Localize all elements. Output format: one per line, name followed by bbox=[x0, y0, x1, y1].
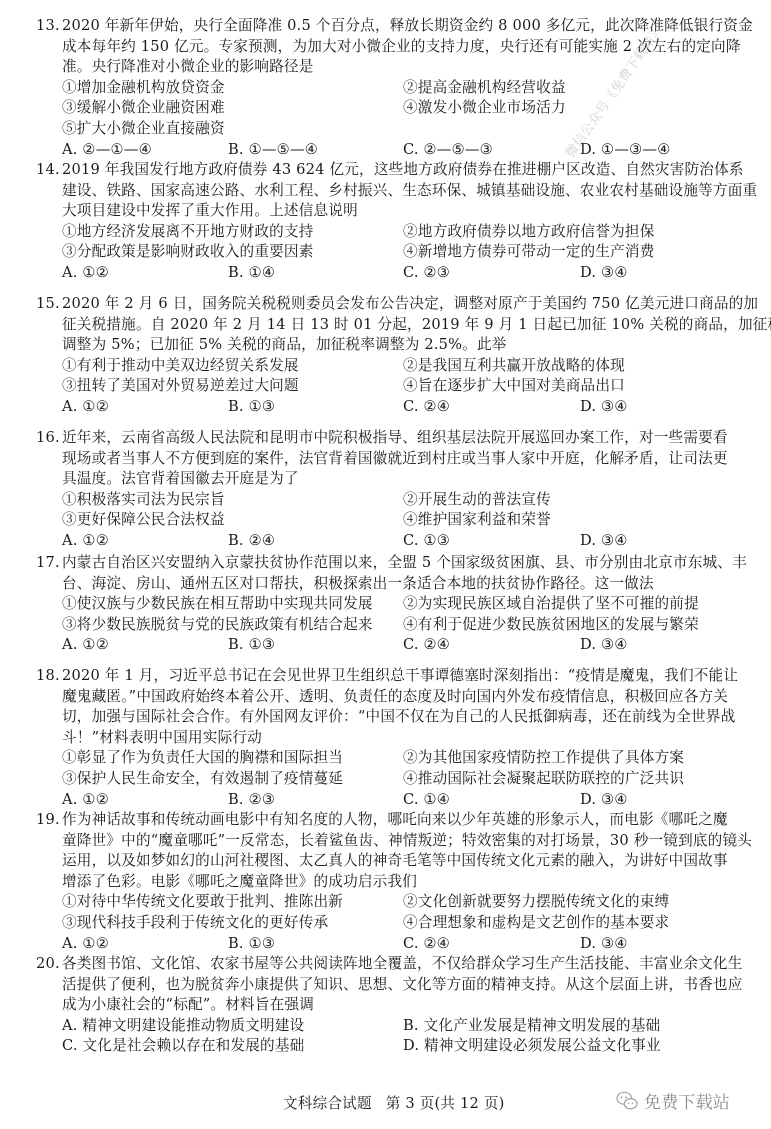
question-stem-line: 征关税措施。自 2020 年 2 月 14 日 13 时 01 分起，2019 … bbox=[36, 315, 756, 336]
question-stem-line: 台、海淀、房山、通州五区对口帮扶，积极探索出一条适合本地的扶贫协作路径。这一做法 bbox=[36, 574, 756, 595]
question-19: 19.作为神话故事和传统动画电影中有知名度的人物，哪吒向来以少年英雄的形象示人，… bbox=[36, 810, 756, 954]
choice-c[interactable]: C. ②③ bbox=[403, 263, 450, 284]
choice-c[interactable]: C. ①③ bbox=[403, 531, 450, 552]
choice-a[interactable]: A. 精神文明建设能推动物质文明建设 bbox=[62, 1016, 304, 1037]
question-stem-line: 运用，以及如梦如幻的山河社稷图、太乙真人的神奇毛笔等中国传统文化元素的融入，为讲… bbox=[36, 851, 756, 872]
question-stem-line: 准。央行降准对小微企业的影响路径是 bbox=[36, 57, 756, 78]
statement-1: ①积极落实司法为民宗旨 bbox=[62, 490, 225, 511]
choice-b[interactable]: B. ①③ bbox=[228, 397, 275, 418]
choice-d[interactable]: D. ③④ bbox=[580, 790, 628, 811]
statement-2: ②开展生动的普法宣传 bbox=[403, 490, 551, 511]
statement-1: ①彰显了作为负责任大国的胸襟和国际担当 bbox=[62, 748, 343, 769]
choice-b[interactable]: B. ①③ bbox=[228, 934, 275, 955]
statement-4: ④合理想象和虚构是文艺创作的基本要求 bbox=[403, 913, 669, 934]
statement-1: ①增加金融机构放贷资金 bbox=[62, 78, 225, 99]
question-stem-line: 内蒙古自治区兴安盟纳入京蒙扶贫协作范围以来，全盟 5 个国家级贫困旗、县、市分别… bbox=[36, 554, 747, 571]
choice-b[interactable]: B. ①③ bbox=[228, 635, 275, 656]
question-stem-line: 建设、铁路、国家高速公路、水利工程、乡村振兴、生态环保、城镇基础设施、农业农村基… bbox=[36, 181, 756, 202]
statement-1: ①地方经济发展离不开地方财政的支持 bbox=[62, 222, 314, 243]
statement-2: ②文化创新就要努力摆脱传统文化的束缚 bbox=[403, 892, 669, 913]
choice-a[interactable]: A. ①② bbox=[62, 531, 109, 552]
question-stem-line: 成为小康社会的“标配”。材料旨在强调 bbox=[36, 995, 756, 1016]
question-14: 14.2019 年我国发行地方政府债券 43 624 亿元，这些地方政府债券在推… bbox=[36, 160, 756, 284]
statement-3: ③扭转了美国对外贸易逆差过大问题 bbox=[62, 376, 299, 397]
statement-3: ③更好保障公民合法权益 bbox=[62, 510, 225, 531]
question-13: 13.2020 年新年伊始，央行全面降准 0.5 个百分点，释放长期资金约 8 … bbox=[36, 16, 756, 160]
question-stem-line: 现场或者当事人不方便到庭的案件，法官背着国徽就近到村庄或当事人家中开庭，化解矛盾… bbox=[36, 449, 756, 470]
choice-d[interactable]: D. ③④ bbox=[580, 531, 628, 552]
statement-2: ②地方政府债券以地方政府信誉为担保 bbox=[403, 222, 655, 243]
question-number: 15. bbox=[36, 294, 60, 315]
statement-4: ④激发小微企业市场活力 bbox=[403, 98, 566, 119]
question-stem-line: 2019 年我国发行地方政府债券 43 624 亿元，这些地方政府债券在推进棚户… bbox=[36, 161, 744, 178]
question-stem-line: 斗！”材料表明中国用实际行动 bbox=[36, 728, 756, 749]
question-number: 20. bbox=[36, 954, 60, 975]
choice-b[interactable]: B. 文化产业发展是精神文明发展的基础 bbox=[403, 1016, 660, 1037]
question-16: 16.近年来，云南省高级人民法院和昆明市中院积极指导、组织基层法院开展巡回办案工… bbox=[36, 428, 756, 552]
question-stem-line: 活提供了便利，也为脱贫奔小康提供了知识、思想、文化等方面的精神支持。从这个层面上… bbox=[36, 975, 756, 996]
statement-2: ②提高金融机构经营收益 bbox=[403, 78, 566, 99]
choice-a[interactable]: A. ①② bbox=[62, 790, 109, 811]
question-stem-line: 切，加强与国际社会合作。有外国网友评价：“中国不仅在为自己的人民抵御病毒，还在前… bbox=[36, 707, 756, 728]
question-20: 20.各类图书馆、文化馆、农家书屋等公共阅读阵地全覆盖，不仅给群众学习生产生活技… bbox=[36, 954, 756, 1057]
question-stem-line: 近年来，云南省高级人民法院和昆明市中院积极指导、组织基层法院开展巡回办案工作，对… bbox=[36, 429, 728, 446]
statement-4: ④新增地方债券可带动一定的生产消费 bbox=[403, 242, 655, 263]
statement-5: ⑤扩大小微企业直接融资 bbox=[62, 119, 225, 140]
question-17: 17.内蒙古自治区兴安盟纳入京蒙扶贫协作范围以来，全盟 5 个国家级贫困旗、县、… bbox=[36, 553, 756, 656]
choice-c[interactable]: C. ②—⑤—③ bbox=[403, 140, 493, 161]
question-stem-line: 具温度。法官背着国徽去开庭是为了 bbox=[36, 469, 756, 490]
choice-a[interactable]: A. ②—①—④ bbox=[62, 140, 152, 161]
question-stem-line: 作为神话故事和传统动画电影中有知名度的人物，哪吒向来以少年英雄的形象示人，而电影… bbox=[36, 811, 728, 828]
question-stem-line: 大项目建设中发挥了重大作用。上述信息说明 bbox=[36, 201, 756, 222]
question-stem-line: 各类图书馆、文化馆、农家书屋等公共阅读阵地全覆盖，不仅给群众学习生产生活技能、丰… bbox=[36, 955, 743, 972]
source-logo: 免费下载站 bbox=[616, 1088, 730, 1113]
page-footer: 文科综合试题第 3 页(共 12 页) bbox=[283, 1092, 519, 1113]
choice-d[interactable]: D. ③④ bbox=[580, 635, 628, 656]
statement-2: ②为其他国家疫情防控工作提供了具体方案 bbox=[403, 748, 684, 769]
statement-2: ②为实现民族区域自治提供了坚不可摧的前提 bbox=[403, 594, 699, 615]
question-number: 17. bbox=[36, 553, 60, 574]
wechat-icon bbox=[616, 1091, 638, 1111]
question-stem-line: 成本每年约 150 亿元。专家预测，为加大对小微企业的支持力度，央行还有可能实施… bbox=[36, 37, 756, 58]
exam-page: 13.2020 年新年伊始，央行全面降准 0.5 个百分点，释放长期资金约 8 … bbox=[0, 0, 771, 1129]
statement-1: ①对待中华传统文化要敢于批判、推陈出新 bbox=[62, 892, 343, 913]
statement-3: ③分配政策是影响财政收入的重要因素 bbox=[62, 242, 314, 263]
question-number: 14. bbox=[36, 160, 60, 181]
question-stem-line: 2020 年新年伊始，央行全面降准 0.5 个百分点，释放长期资金约 8 000… bbox=[36, 17, 753, 34]
statement-1: ①有利于推动中美双边经贸关系发展 bbox=[62, 356, 299, 377]
question-stem-line: 调整为 5%；已加征 5% 关税的商品，加征税率调整为 2.5%。此举 bbox=[36, 335, 756, 356]
question-stem-line: 2020 年 2 月 6 日，国务院关税税则委员会发布公告决定，调整对原产于美国… bbox=[36, 295, 758, 312]
choice-c[interactable]: C. ①④ bbox=[403, 790, 450, 811]
statement-4: ④旨在逐步扩大中国对美商品出口 bbox=[403, 376, 625, 397]
choice-d[interactable]: D. ③④ bbox=[580, 263, 628, 284]
question-15: 15.2020 年 2 月 6 日，国务院关税税则委员会发布公告决定，调整对原产… bbox=[36, 294, 756, 418]
choice-c[interactable]: C. ②④ bbox=[403, 635, 450, 656]
choice-d[interactable]: D. ③④ bbox=[580, 934, 628, 955]
choice-a[interactable]: A. ①② bbox=[62, 397, 109, 418]
question-stem-line: 2020 年 1 月，习近平总书记在会见世界卫生组织总干事谭德塞时深刻指出：“疫… bbox=[36, 667, 738, 684]
choice-b[interactable]: B. ②③ bbox=[228, 790, 275, 811]
statement-4: ④推动国际社会凝聚起联防联控的广泛共识 bbox=[403, 769, 684, 790]
choice-d[interactable]: D. 精神文明建设必须发展公益文化事业 bbox=[403, 1036, 661, 1057]
choice-c[interactable]: C. ②④ bbox=[403, 934, 450, 955]
choice-d[interactable]: D. ①—③—④ bbox=[580, 140, 671, 161]
footer-subject: 文科综合试题 bbox=[283, 1095, 372, 1112]
statement-3: ③现代科技手段利于传统文化的更好传承 bbox=[62, 913, 328, 934]
statement-3: ③将少数民族脱贫与党的民族政策有机结合起来 bbox=[62, 615, 373, 636]
question-18: 18.2020 年 1 月，习近平总书记在会见世界卫生组织总干事谭德塞时深刻指出… bbox=[36, 666, 756, 810]
footer-page-number: 第 3 页(共 12 页) bbox=[386, 1095, 505, 1112]
choice-a[interactable]: A. ①② bbox=[62, 263, 109, 284]
choice-a[interactable]: A. ①② bbox=[62, 934, 109, 955]
statement-4: ④有利于促进少数民族贫困地区的发展与繁荣 bbox=[403, 615, 699, 636]
question-stem-line: 魔鬼藏匿。”中国政府始终本着公开、透明、负责任的态度及时向国内外发布疫情信息，积… bbox=[36, 687, 756, 708]
choice-c[interactable]: C. 文化是社会赖以存在和发展的基础 bbox=[62, 1036, 304, 1057]
statement-2: ②是我国互利共赢开放战略的体现 bbox=[403, 356, 625, 377]
question-stem-line: 童降世》中的“魔童哪吒”一反常态，长着鲨鱼齿、神情叛逆；特效密集的对打场景，30… bbox=[36, 831, 756, 852]
choice-a[interactable]: A. ①② bbox=[62, 635, 109, 656]
logo-text: 免费下载站 bbox=[644, 1088, 730, 1113]
question-number: 16. bbox=[36, 428, 60, 449]
choice-c[interactable]: C. ②④ bbox=[403, 397, 450, 418]
choice-b[interactable]: B. ①④ bbox=[228, 263, 275, 284]
question-stem-line: 增添了色彩。电影《哪吒之魔童降世》的成功启示我们 bbox=[36, 872, 756, 893]
question-number: 18. bbox=[36, 666, 60, 687]
choice-b[interactable]: B. ②④ bbox=[228, 531, 275, 552]
statement-3: ③保护人民生命安全，有效遏制了疫情蔓延 bbox=[62, 769, 343, 790]
statement-3: ③缓解小微企业融资困难 bbox=[62, 98, 225, 119]
statement-1: ①使汉族与少数民族在相互帮助中实现共同发展 bbox=[62, 594, 373, 615]
choice-b[interactable]: B. ①—⑤—④ bbox=[228, 140, 318, 161]
choice-d[interactable]: D. ③④ bbox=[580, 397, 628, 418]
question-number: 19. bbox=[36, 810, 60, 831]
statement-4: ④维护国家利益和荣誉 bbox=[403, 510, 551, 531]
question-number: 13. bbox=[36, 16, 60, 37]
